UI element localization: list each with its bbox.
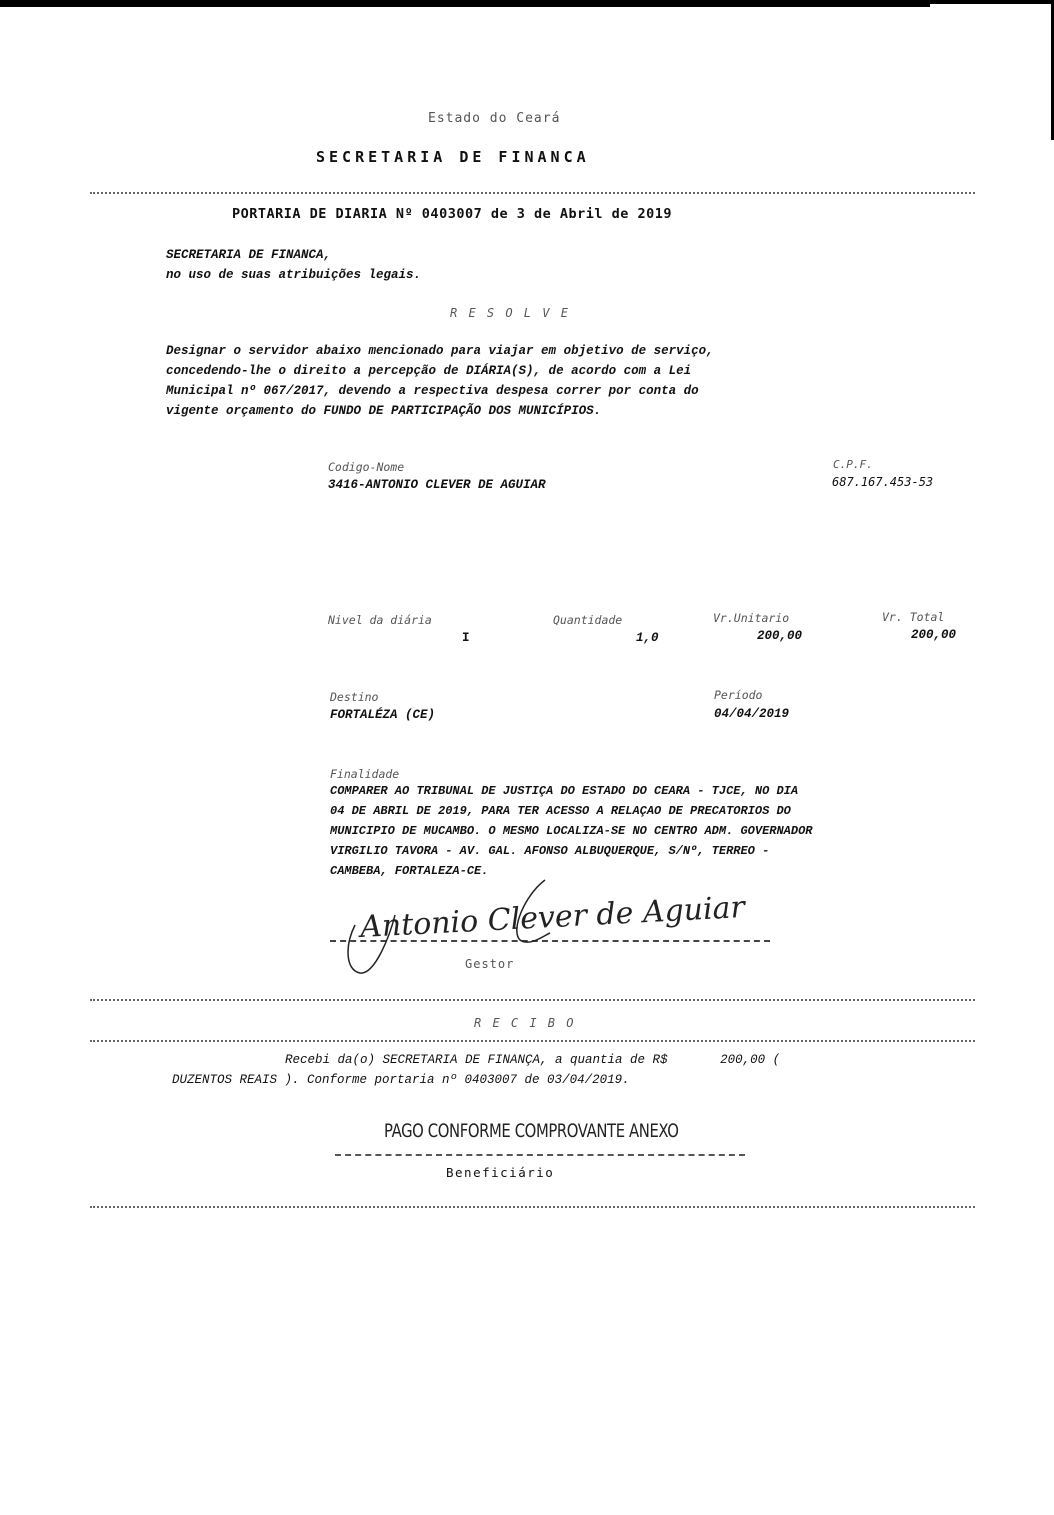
finalidade-line-3: MUNICIPIO DE MUCAMBO. O MESMO LOCALIZA-S… [330,824,812,838]
nivel-label: Nivel da diária [328,613,432,627]
agency-heading: SECRETARIA DE FINANCA [316,148,590,166]
vr-total-value: 200,00 [911,628,956,642]
codigo-nome-label: Codigo-Nome [328,460,404,474]
preamble-line-1: SECRETARIA DE FINANCA, [166,248,331,262]
body-line-2: concedendo-lhe o direito a percepção de … [166,364,691,378]
body-line-1: Designar o servidor abaixo mencionado pa… [166,344,714,358]
cpf-value: 687.167.453-53 [832,475,933,489]
vr-total-label: Vr. Total [882,610,944,624]
body-line-3: Municipal nº 067/2017, devendo a respect… [166,384,699,398]
recibo-heading: R E C I B O [474,1016,575,1030]
vr-unitario-value: 200,00 [757,629,802,643]
periodo-label: Período [714,688,762,702]
paid-stamp: PAGO CONFORME COMPROVANTE ANEXO [384,1120,679,1142]
cpf-label: C.P.F. [833,458,873,471]
recibo-line-1: Recebi da(o) SECRETARIA DE FINANÇA, a qu… [285,1053,780,1067]
destino-label: Destino [330,690,378,704]
body-line-4: vigente orçamento do FUNDO DE PARTICIPAÇ… [166,404,601,418]
periodo-value: 04/04/2019 [714,707,789,721]
resolve-heading: R E S O L V E [450,306,570,320]
gestor-label: Gestor [465,957,514,971]
signature-flourish [340,905,400,985]
finalidade-line-2: 04 DE ABRIL DE 2019, PARA TER ACESSO A R… [330,804,791,818]
destino-value: FORTALÉZA (CE) [330,708,435,722]
beneficiario-line [335,1154,745,1156]
quantidade-label: Quantidade [553,613,622,627]
vr-unitario-label: Vr.Unitario [713,611,789,625]
beneficiario-label: Beneficiário [446,1165,554,1180]
scan-border-top [0,0,930,7]
state-heading: Estado do Ceará [428,111,560,126]
nivel-value: I [462,631,470,645]
scan-border-top-right [930,0,1054,4]
recibo-line-2: DUZENTOS REAIS ). Conforme portaria nº 0… [172,1073,630,1087]
finalidade-line-4: VIRGILIO TAVORA - AV. GAL. AFONSO ALBUQU… [330,844,769,858]
portaria-title: PORTARIA DE DIARIA Nº 0403007 de 3 de Ab… [232,206,672,222]
quantidade-value: 1,0 [636,631,659,645]
finalidade-line-1: COMPARER AO TRIBUNAL DE JUSTIÇA DO ESTAD… [330,784,798,798]
finalidade-label: Finalidade [330,767,399,781]
divider-top [90,192,975,194]
divider-recibo-bottom [90,1040,975,1042]
codigo-nome-value: 3416-ANTONIO CLEVER DE AGUIAR [328,478,546,492]
preamble-line-2: no uso de suas atribuições legais. [166,268,421,282]
finalidade-line-5: CAMBEBA, FORTALEZA-CE. [330,864,488,878]
divider-recibo-top [90,999,975,1001]
signature-loop [505,875,565,955]
divider-bottom [90,1206,975,1208]
